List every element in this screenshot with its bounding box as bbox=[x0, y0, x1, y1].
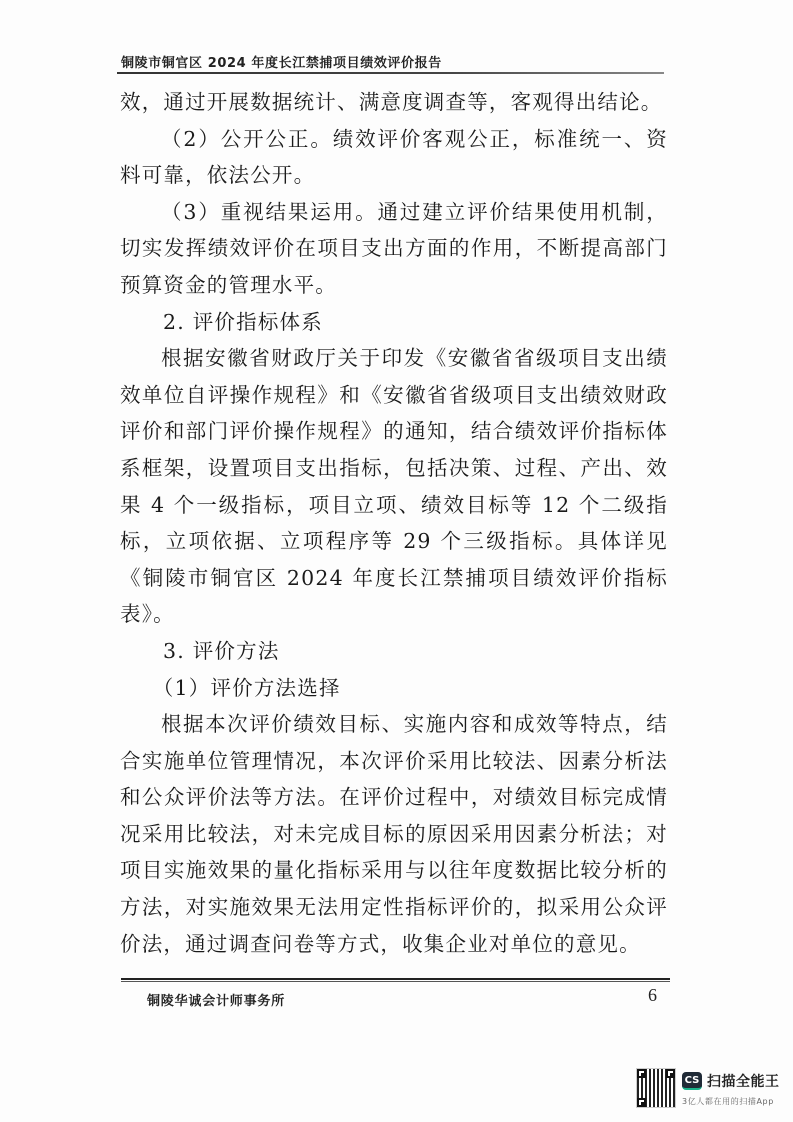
section-heading-indicator-system: 2. 评价指标体系 bbox=[120, 304, 668, 341]
paragraph-principle-2: （2）公开公正。绩效评价客观公正，标准统一、资料可靠，依法公开。 bbox=[120, 121, 668, 194]
camscanner-logo-icon: CS bbox=[682, 1072, 702, 1090]
paragraph-principle-3: （3）重视结果运用。通过建立评价结果使用机制，切实发挥绩效评价在项目支出方面的作… bbox=[120, 194, 668, 304]
page-number: 6 bbox=[648, 985, 657, 1006]
body-text: 效，通过开展数据统计、满意度调查等，客观得出结论。 （2）公开公正。绩效评价客观… bbox=[120, 84, 668, 962]
running-header: 铜陵市铜官区 2024 年度长江禁捕项目绩效评价报告 bbox=[121, 52, 442, 71]
scanner-app-tagline: 3亿人都在用的扫描App bbox=[682, 1096, 774, 1107]
paragraph-continuation: 效，通过开展数据统计、满意度调查等，客观得出结论。 bbox=[120, 84, 668, 121]
qr-code-icon bbox=[636, 1068, 676, 1108]
section-heading-evaluation-method: 3. 评价方法 bbox=[120, 633, 668, 670]
document-page: 铜陵市铜官区 2024 年度长江禁捕项目绩效评价报告 效，通过开展数据统计、满意… bbox=[0, 0, 793, 1122]
scanner-app-name: 扫描全能王 bbox=[707, 1071, 780, 1091]
header-rule bbox=[117, 72, 664, 74]
paragraph-method-selection: 根据本次评价绩效目标、实施内容和成效等特点，结合实施单位管理情况，本次评价采用比… bbox=[120, 706, 668, 962]
footer-organization: 铜陵华诚会计师事务所 bbox=[147, 990, 285, 1009]
subheading-method-selection: （1）评价方法选择 bbox=[120, 670, 668, 707]
scanner-watermark: CS 扫描全能王 3亿人都在用的扫描App bbox=[630, 1066, 793, 1114]
paragraph-indicator-system: 根据安徽省财政厅关于印发《安徽省省级项目支出绩效单位自评操作规程》和《安徽省省级… bbox=[120, 340, 668, 633]
footer-rule bbox=[121, 978, 670, 982]
